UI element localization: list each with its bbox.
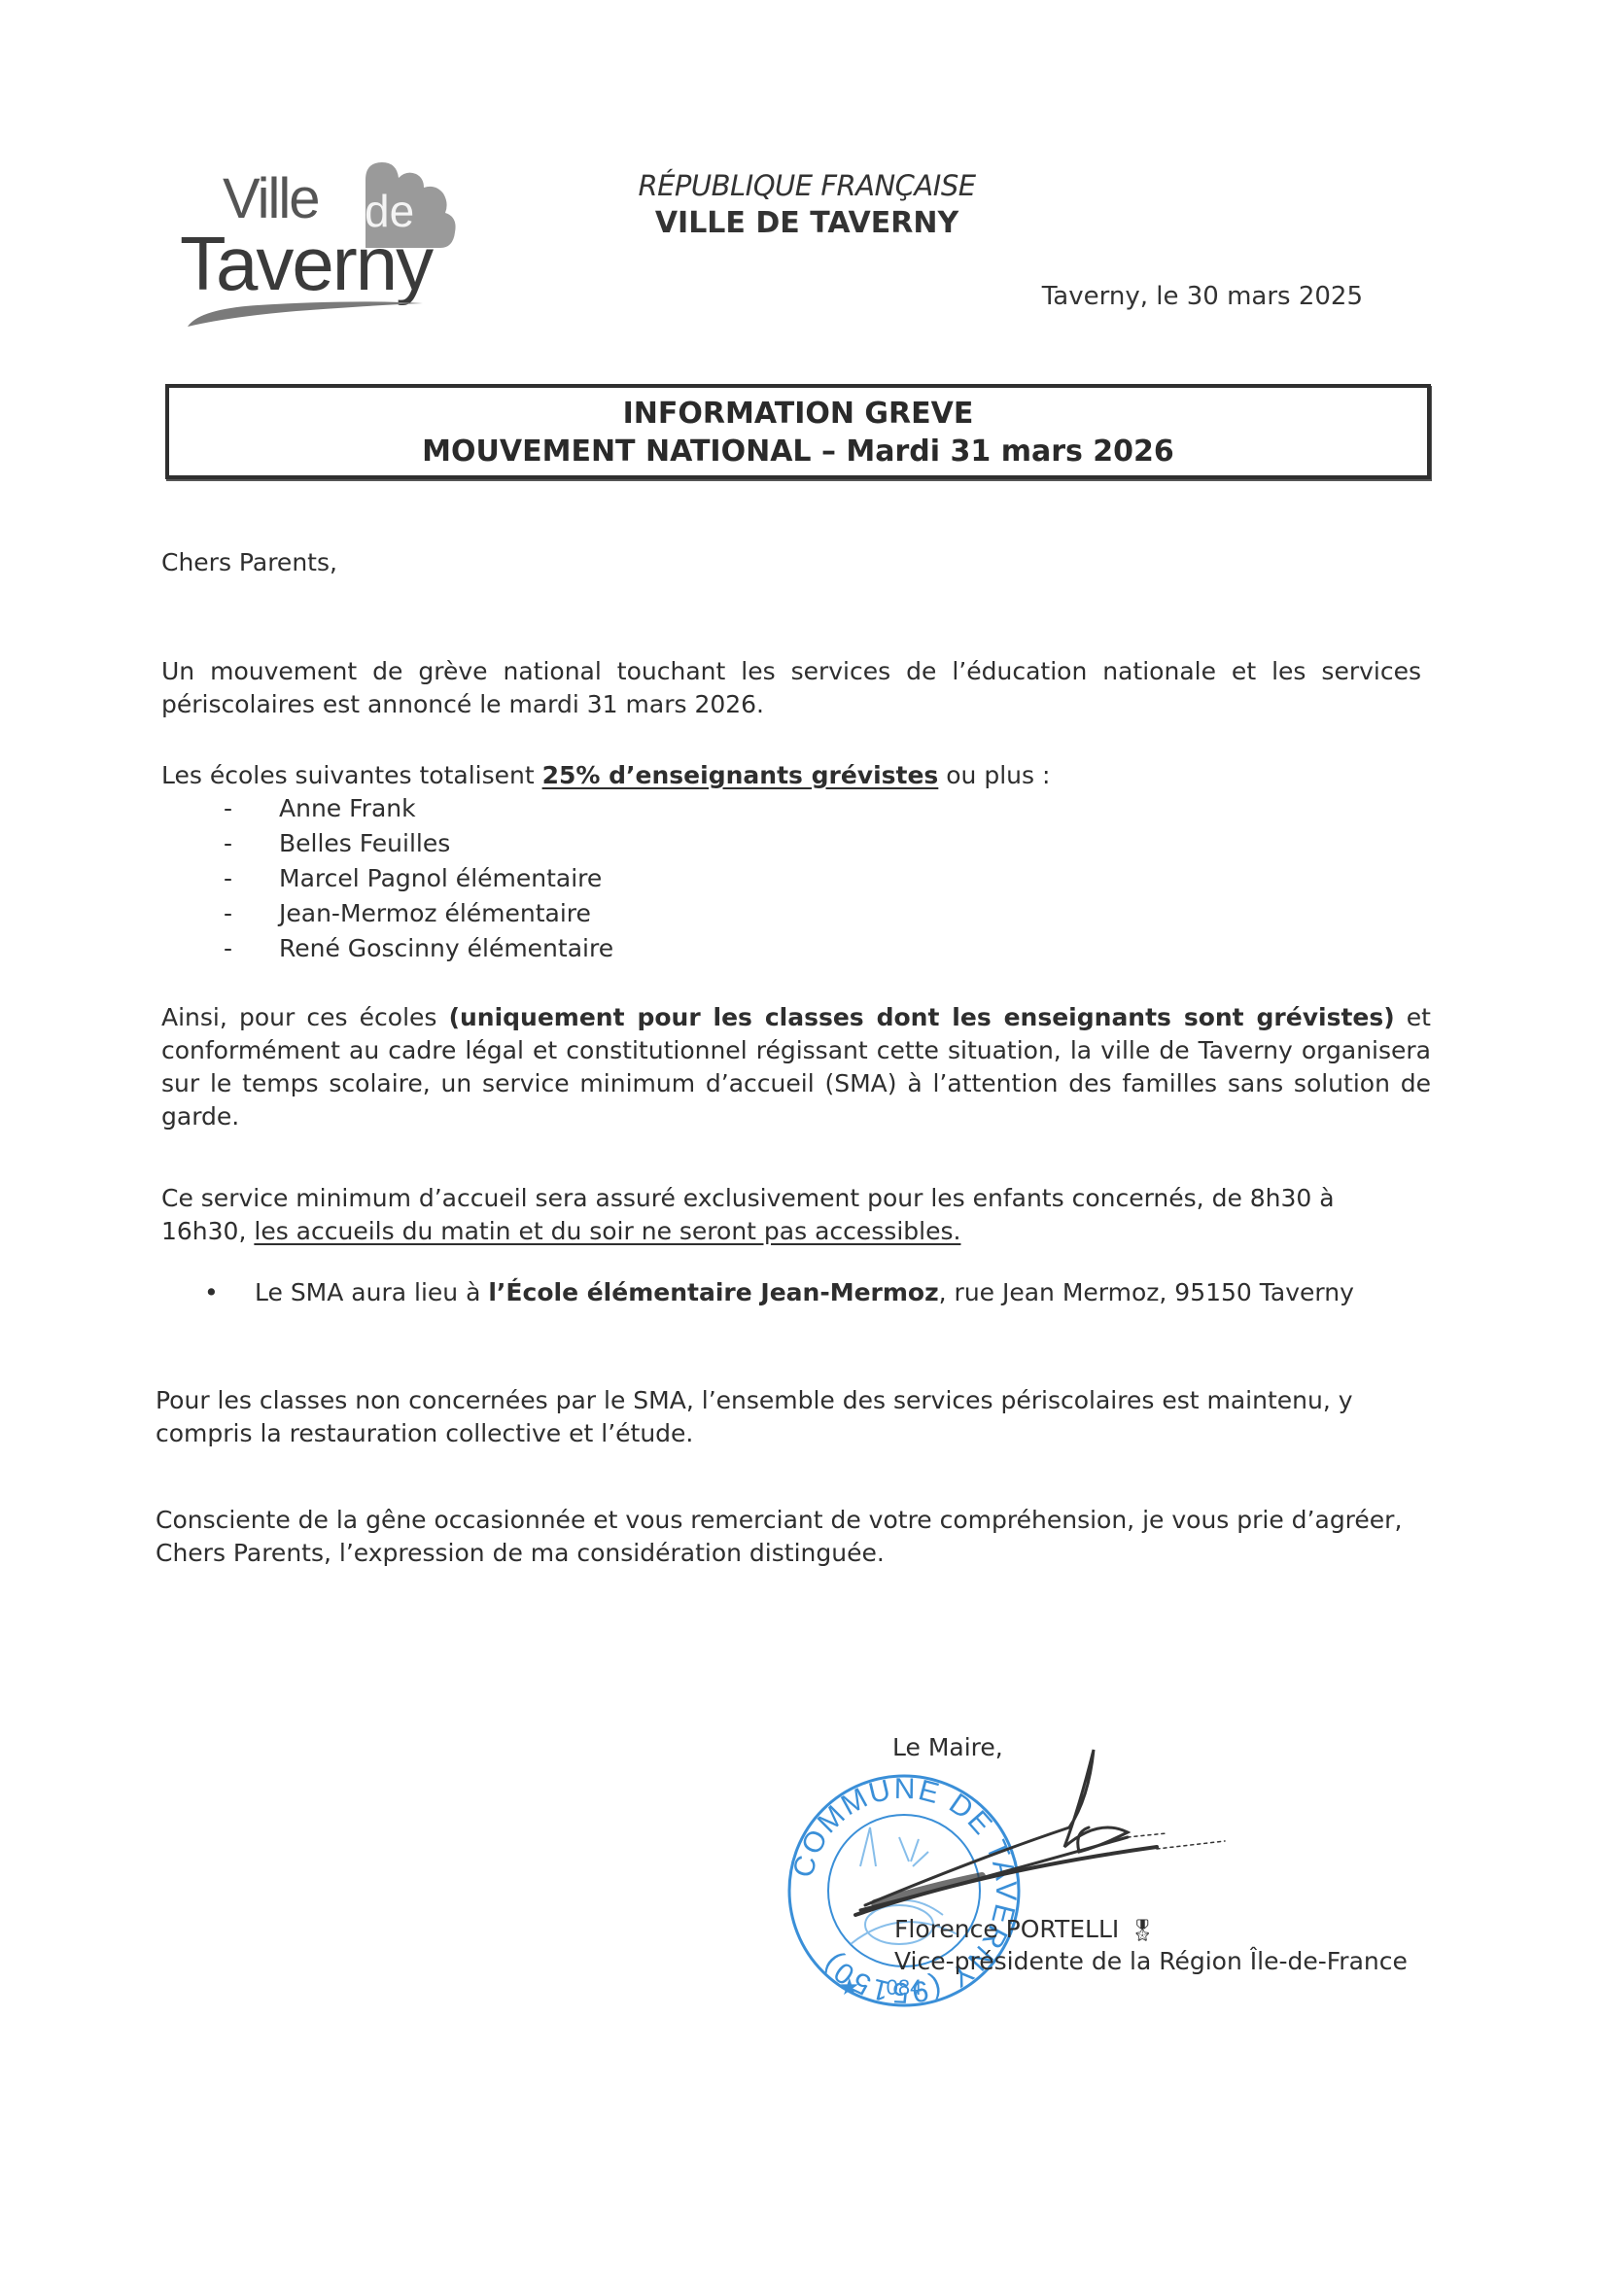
school-list: -Anne Frank -Belles Feuilles -Marcel Pag…	[224, 790, 613, 965]
title-line-1: INFORMATION GREVE	[165, 397, 1431, 431]
signatory-role: Vice-présidente de la Région Île-de-Fran…	[894, 1947, 1408, 1975]
bullet-icon: •	[204, 1278, 255, 1306]
accueils-notice: les accueils du matin et du soir ne sero…	[254, 1217, 960, 1245]
sma-location: • Le SMA aura lieu à l’École élémentaire…	[204, 1278, 1354, 1306]
list-marker: -	[224, 934, 279, 962]
logo-swoosh	[180, 292, 462, 330]
paragraph-sma-organisation: Ainsi, pour ces écoles (uniquement pour …	[161, 1001, 1431, 1133]
list-item: -Marcel Pagnol élémentaire	[224, 860, 613, 895]
city-heading: VILLE DE TAVERNY	[612, 206, 1001, 240]
schools-intro-text: Les écoles suivantes totalisent	[161, 761, 542, 789]
title-line-2: MOUVEMENT NATIONAL – Mardi 31 mars 2026	[165, 435, 1431, 469]
svg-text:084: 084	[887, 1975, 923, 2000]
logo-taverny: Taverny	[180, 226, 432, 301]
svg-text:★: ★	[839, 1973, 860, 2000]
list-item: -Belles Feuilles	[224, 825, 613, 860]
list-item: -Jean-Mermoz élémentaire	[224, 895, 613, 930]
list-marker: -	[224, 899, 279, 927]
list-item: -René Goscinny élémentaire	[224, 930, 613, 965]
paragraph-strike-announcement: Un mouvement de grève national touchant …	[161, 655, 1421, 721]
paragraph-sma-hours: Ce service minimum d’accueil sera assuré…	[161, 1182, 1367, 1248]
schools-intro-tail: ou plus :	[938, 761, 1050, 789]
letter-date: Taverny, le 30 mars 2025	[982, 282, 1363, 311]
logo-ville: Ville	[223, 171, 319, 227]
signatory-name: Florence PORTELLI🎖︎	[894, 1915, 1156, 1943]
city-logo: Ville de Taverny	[180, 136, 471, 321]
list-item: -Anne Frank	[224, 790, 613, 825]
paragraph-closing: Consciente de la gêne occasionnée et vou…	[156, 1504, 1425, 1570]
medal-icon: 🎖︎	[1129, 1919, 1156, 1943]
list-marker: -	[224, 829, 279, 857]
republique-heading: RÉPUBLIQUE FRANÇAISE	[612, 169, 1001, 202]
paragraph-periscolaire: Pour les classes non concernées par le S…	[156, 1384, 1425, 1450]
sma-school-name: l’École élémentaire Jean-Mermoz	[488, 1278, 938, 1306]
list-marker: -	[224, 794, 279, 822]
paragraph-schools-intro: Les écoles suivantes totalisent 25% d’en…	[161, 759, 1421, 792]
greeting: Chers Parents,	[161, 546, 337, 579]
emphasis-classes: (uniquement pour les classes dont les en…	[449, 1003, 1395, 1031]
strike-threshold: 25% d’enseignants grévistes	[542, 761, 939, 789]
list-marker: -	[224, 864, 279, 892]
